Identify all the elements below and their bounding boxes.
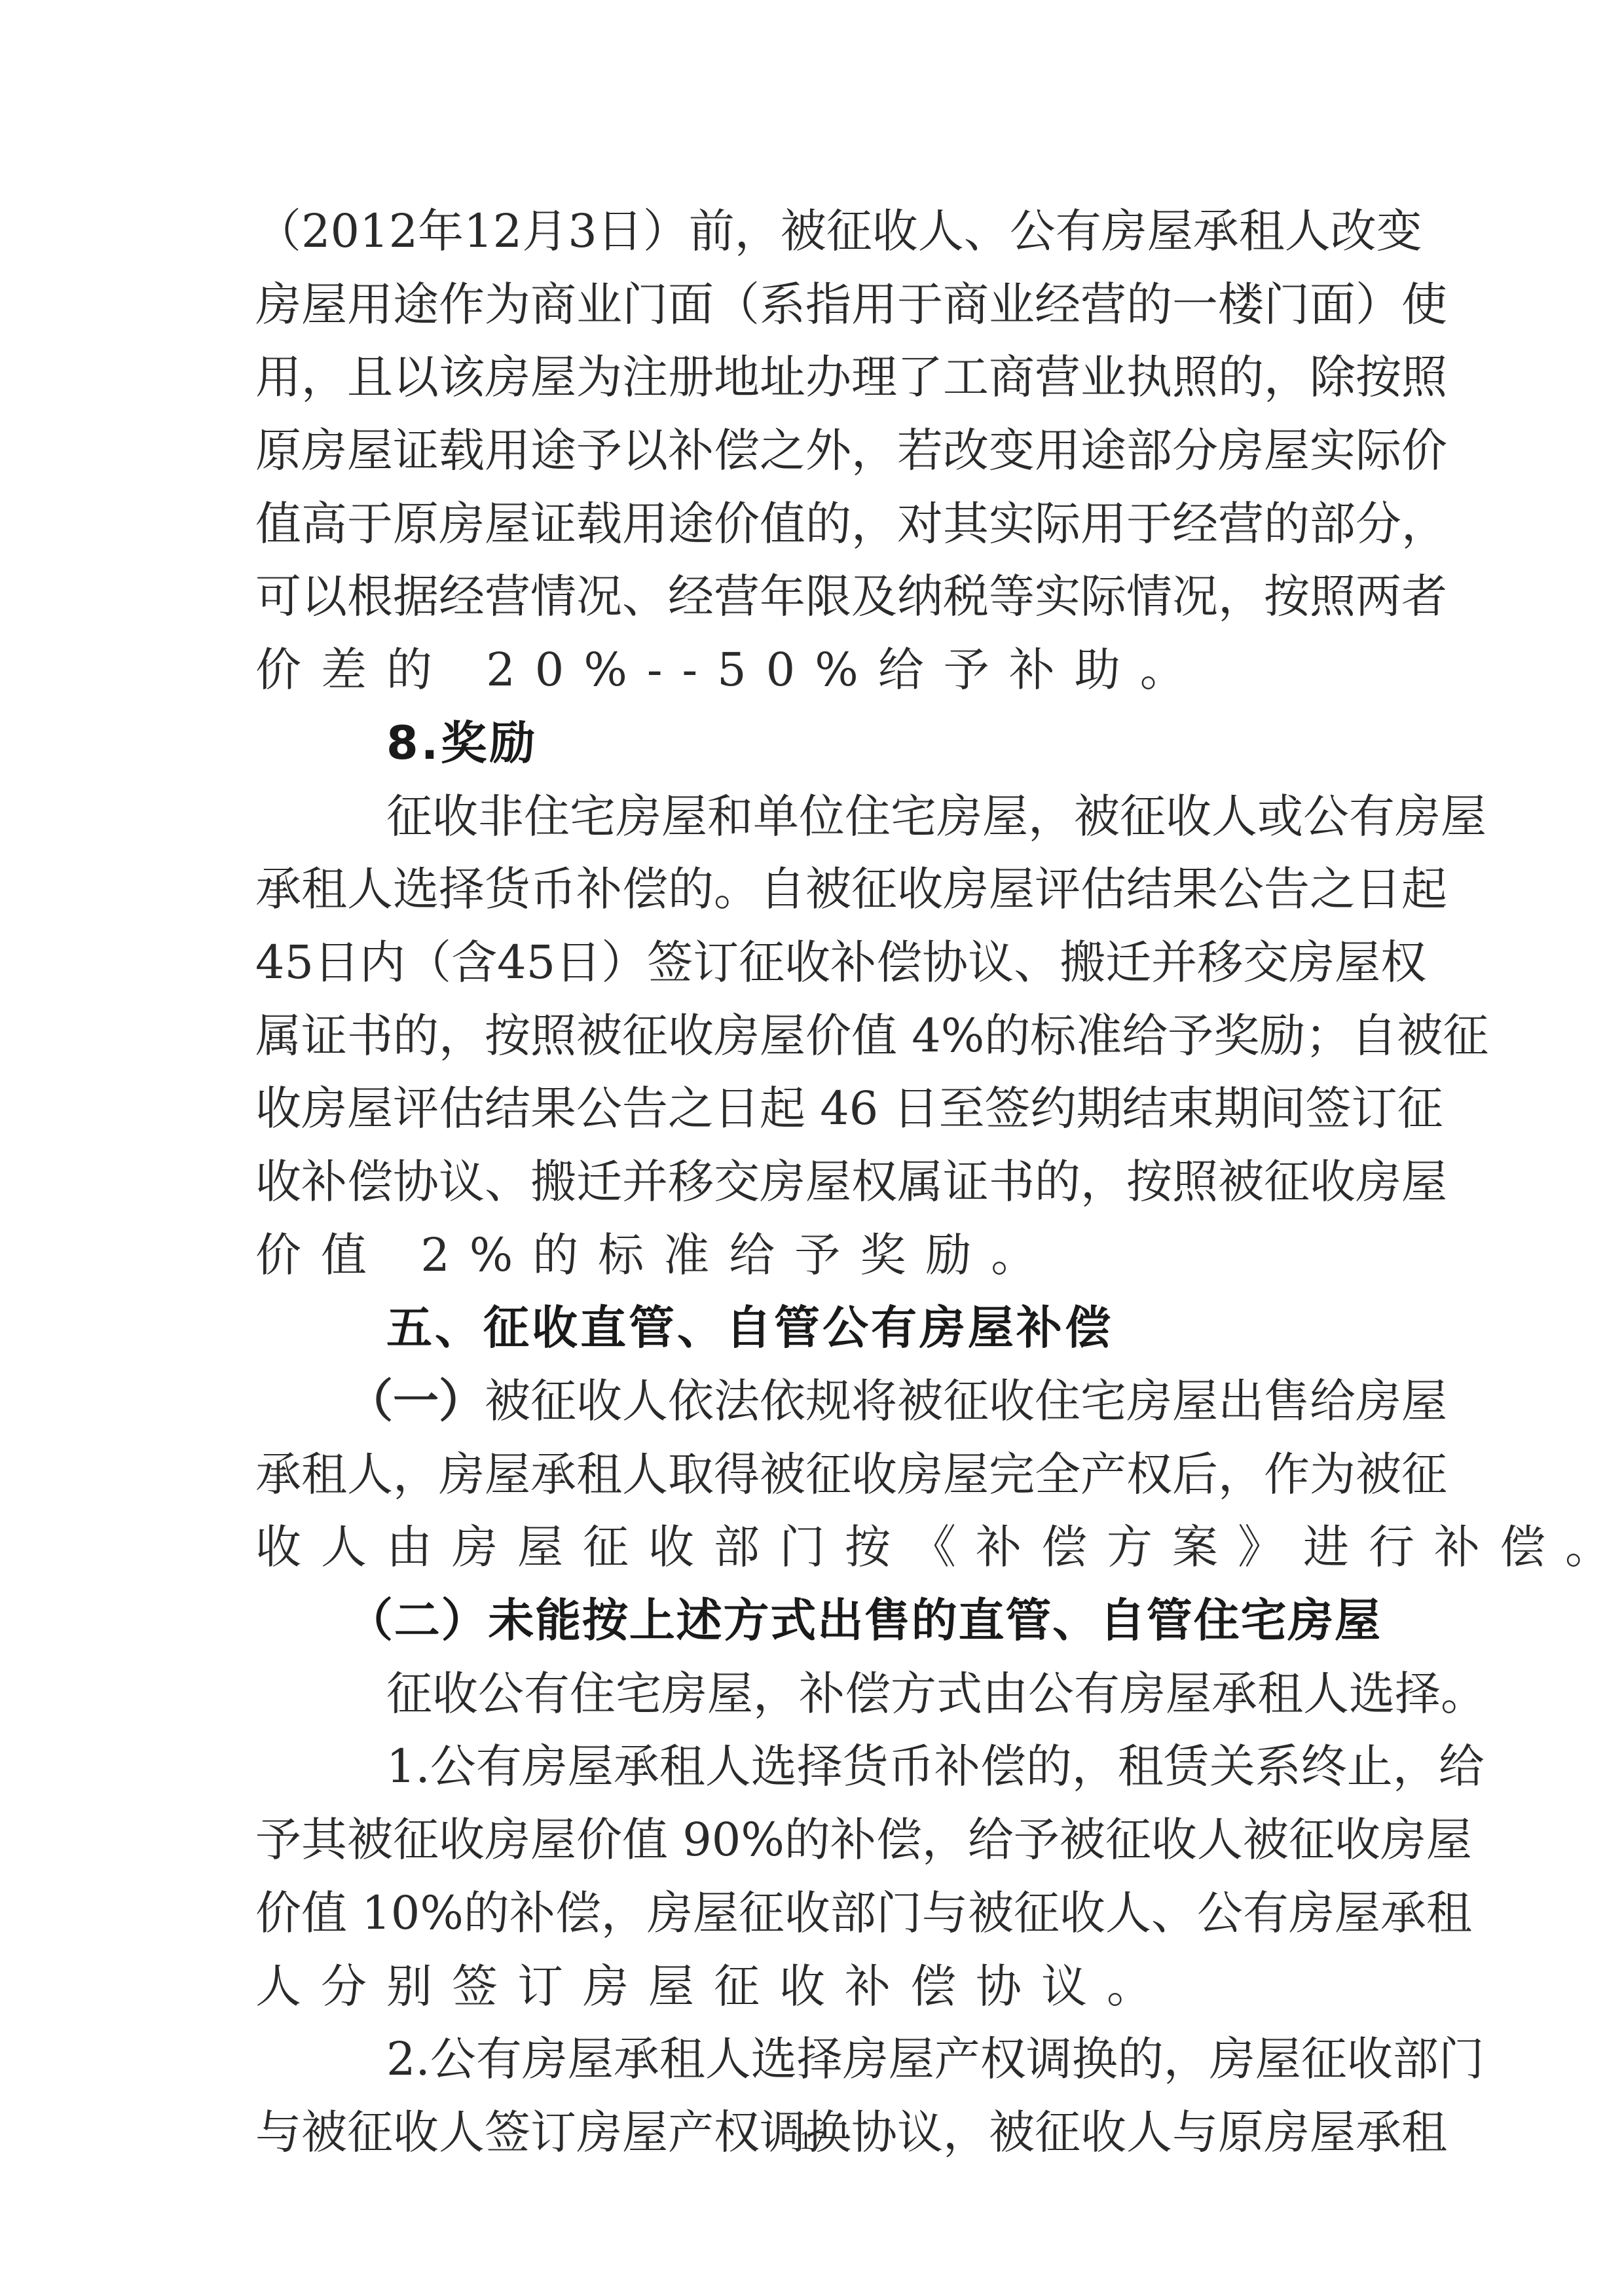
subsection-heading-two: （二）未能按上述方式出售的直管、自管住宅房屋: [255, 1584, 1380, 1658]
paragraph-line: 承租人选择货币补偿的。自被征收房屋评估结果公告之日起: [255, 853, 1380, 926]
paragraph-line: 原房屋证载用途予以补偿之外，若改变用途部分房屋实际价: [255, 414, 1380, 488]
page-number: 17: [0, 2124, 1624, 2155]
paragraph-text: 被征收人依法依规将被征收住宅房屋出售给房屋: [485, 1374, 1447, 1428]
paragraph-line: 属证书的，按照被征收房屋价值 4%的标准给予奖励；自被征: [255, 1000, 1380, 1073]
paragraph-line: 值高于原房屋证载用途价值的，对其实际用于经营的部分，: [255, 488, 1380, 561]
paragraph-line: 1.公有房屋承租人选择货币补偿的，租赁关系终止，给: [255, 1730, 1380, 1804]
paragraph-line: 收房屋评估结果公告之日起 46 日至签约期结束期间签订征: [255, 1072, 1380, 1146]
paragraph-line: 征收公有住宅房屋，补偿方式由公有房屋承租人选择。: [255, 1658, 1380, 1731]
paragraph-line: 收补偿协议、搬迁并移交房屋权属证书的，按照被征收房屋: [255, 1146, 1380, 1219]
paragraph-line: 人分别签订房屋征收补偿协议。: [255, 1950, 1380, 2024]
paragraph-line: （2012年12月3日）前，被征收人、公有房屋承租人改变: [255, 195, 1380, 268]
document-page: （2012年12月3日）前，被征收人、公有房屋承租人改变 房屋用途作为商业门面（…: [0, 0, 1624, 2296]
paragraph-line: 价值 2%的标准给予奖励。: [255, 1219, 1380, 1292]
paragraph-line: 用，且以该房屋为注册地址办理了工商营业执照的，除按照: [255, 341, 1380, 414]
paragraph-line: 可以根据经营情况、经营年限及纳税等实际情况，按照两者: [255, 560, 1380, 634]
section-heading-reward: 8.奖励: [255, 707, 1380, 780]
paragraph-line: 征收非住宅房屋和单位住宅房屋，被征收人或公有房屋: [255, 780, 1380, 854]
paragraph-line: 收人由房屋征收部门按《补偿方案》进行补偿。: [255, 1511, 1380, 1584]
paragraph-line: 价值 10%的补偿，房屋征收部门与被征收人、公有房屋承租: [255, 1877, 1380, 1950]
paragraph-line: 2.公有房屋承租人选择房屋产权调换的，房屋征收部门: [255, 2023, 1380, 2096]
paragraph-line: 承租人，房屋承租人取得被征收房屋完全产权后，作为被征: [255, 1438, 1380, 1512]
paragraph-line: 予其被征收房屋价值 90%的补偿，给予被征收人被征收房屋: [255, 1804, 1380, 1877]
paragraph-line: 45日内（含45日）签订征收补偿协议、搬迁并移交房屋权: [255, 926, 1380, 1000]
paragraph-line: （一）被征收人依法依规将被征收住宅房屋出售给房屋: [255, 1365, 1380, 1438]
body-text: （2012年12月3日）前，被征收人、公有房屋承租人改变 房屋用途作为商业门面（…: [255, 195, 1380, 2170]
paragraph-line: 价差的 20%--50%给予补助。: [255, 634, 1380, 707]
paragraph-line: 房屋用途作为商业门面（系指用于商业经营的一楼门面）使: [255, 268, 1380, 342]
section-heading-five: 五、征收直管、自管公有房屋补偿: [255, 1292, 1380, 1365]
subsection-marker-one: （一）: [347, 1374, 485, 1428]
